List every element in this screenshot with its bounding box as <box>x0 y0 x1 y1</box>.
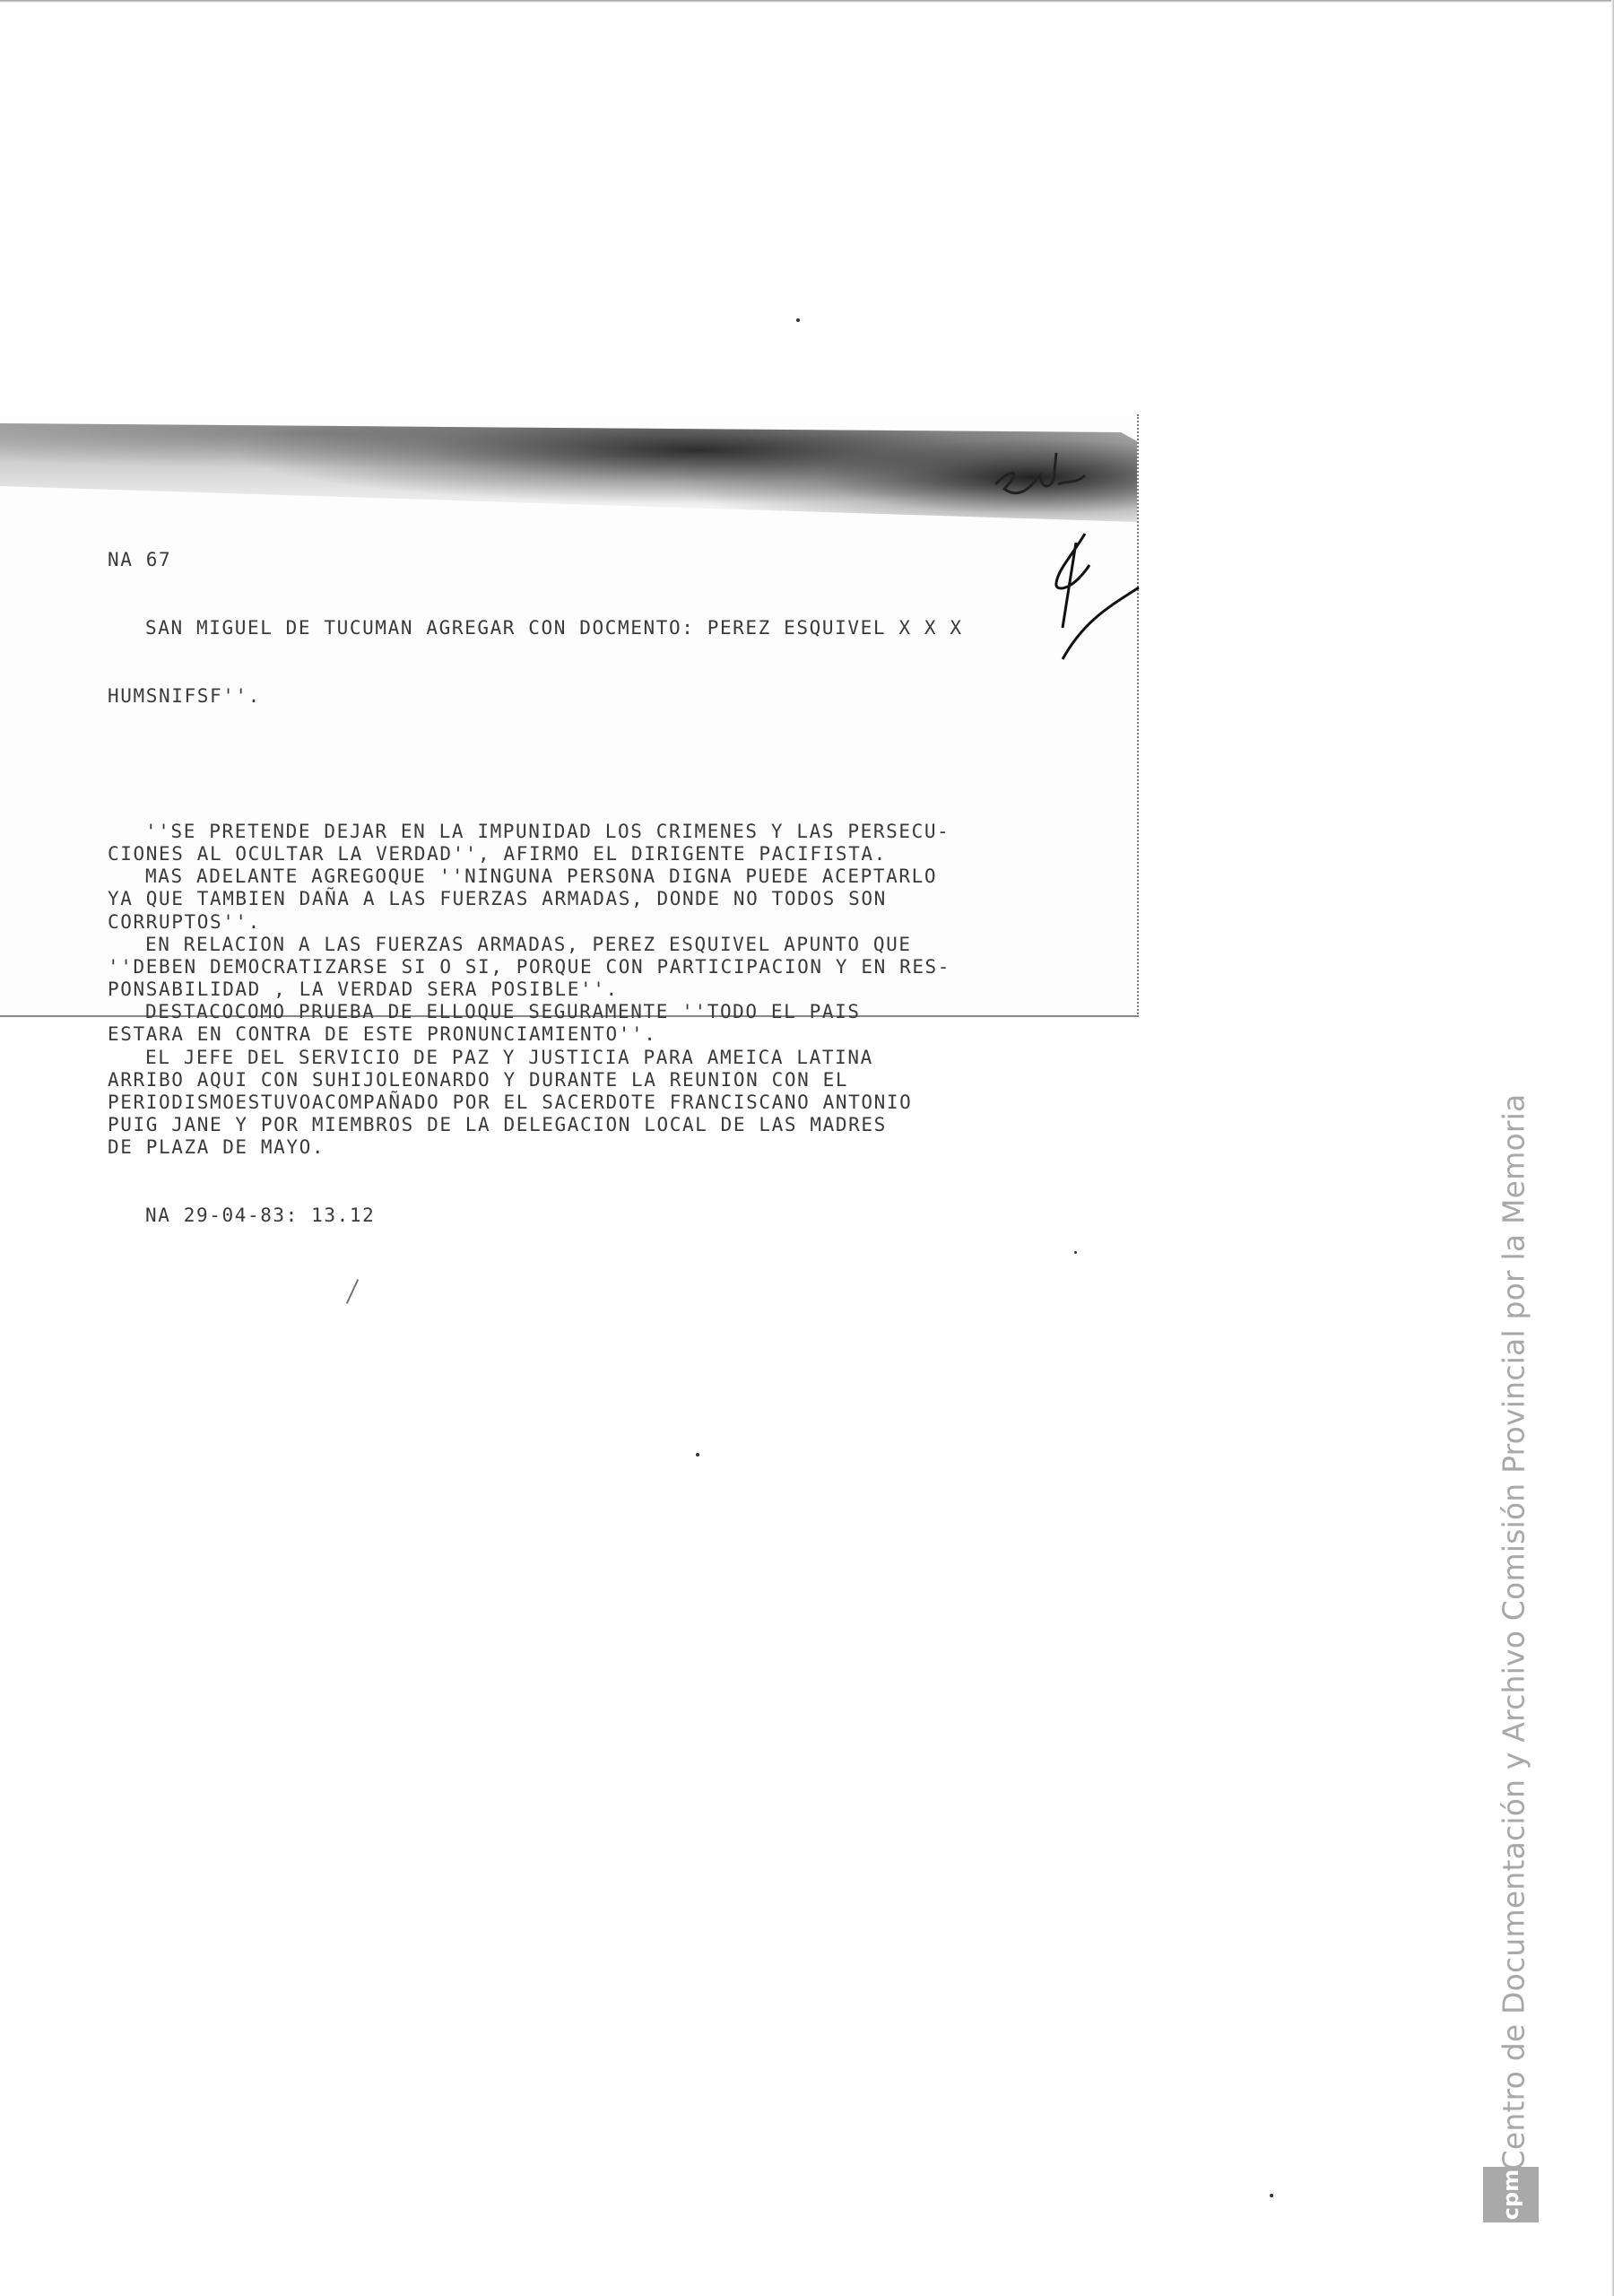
scan-speck <box>796 318 800 322</box>
body-text: ''SE PRETENDE DEJAR EN LA IMPUNIDAD LOS … <box>108 821 1076 1160</box>
slug-line: SAN MIGUEL DE TUCUMAN AGREGAR CON DOCMEN… <box>108 617 1076 639</box>
body-line: PUIG JANE Y POR MIEMBROS DE LA DELEGACIO… <box>108 1114 1076 1136</box>
body-line: DESTACOCOMO PRUEBA DE ELLOQUE SEGURAMENT… <box>108 1001 1076 1023</box>
cpm-logo: cpm <box>1483 2167 1539 2222</box>
body-line: CORRUPTOS''. <box>108 911 1076 934</box>
body-line: YA QUE TAMBIEN DAÑA A LAS FUERZAS ARMADA… <box>108 888 1076 910</box>
body-line: ''DEBEN DEMOCRATIZARSE SI O SI, PORQUE C… <box>108 956 1076 978</box>
page-edge-top <box>0 0 1614 3</box>
body-line: PONSABILIDAD , LA VERDAD SERA POSIBLE''. <box>108 978 1076 1001</box>
scan-speck <box>346 1279 359 1304</box>
wire-code: NA 67 <box>108 549 1076 571</box>
slug-code: HUMSNIFSF''. <box>108 685 1076 708</box>
watermark-text: Centro de Documentación y Archivo Comisi… <box>1497 1094 1532 2171</box>
body-line: MAS ADELANTE AGREGOQUE ''NINGUNA PERSONA… <box>108 865 1076 888</box>
cpm-logo-text: cpm <box>1498 2170 1523 2220</box>
body-line: EN RELACION A LAS FUERZAS ARMADAS, PEREZ… <box>108 934 1076 956</box>
body-line: EL JEFE DEL SERVICIO DE PAZ Y JUSTICIA P… <box>108 1047 1076 1069</box>
body-line: ARRIBO AQUI CON SUHIJOLEONARDO Y DURANTE… <box>108 1069 1076 1091</box>
scan-speck <box>1270 2194 1273 2197</box>
wire-footer: NA 29-04-83: 13.12 <box>108 1205 1076 1227</box>
body-line: CIONES AL OCULTAR LA VERDAD'', AFIRMO EL… <box>108 843 1076 865</box>
scan-speck <box>1074 1251 1077 1254</box>
scan-speck <box>696 1453 699 1457</box>
archive-watermark: Centro de Documentación y Archivo Comisi… <box>1478 1094 1549 2170</box>
body-line: DE PLAZA DE MAYO. <box>108 1136 1076 1159</box>
body-line: ESTARA EN CONTRA DE ESTE PRONUNCIAMIENTO… <box>108 1023 1076 1046</box>
body-line: PERIODISMOESTUVOACOMPAÑADO POR EL SACERD… <box>108 1091 1076 1114</box>
body-line: ''SE PRETENDE DEJAR EN LA IMPUNIDAD LOS … <box>108 821 1076 843</box>
teletype-text: NA 67 SAN MIGUEL DE TUCUMAN AGREGAR CON … <box>108 504 1076 1249</box>
